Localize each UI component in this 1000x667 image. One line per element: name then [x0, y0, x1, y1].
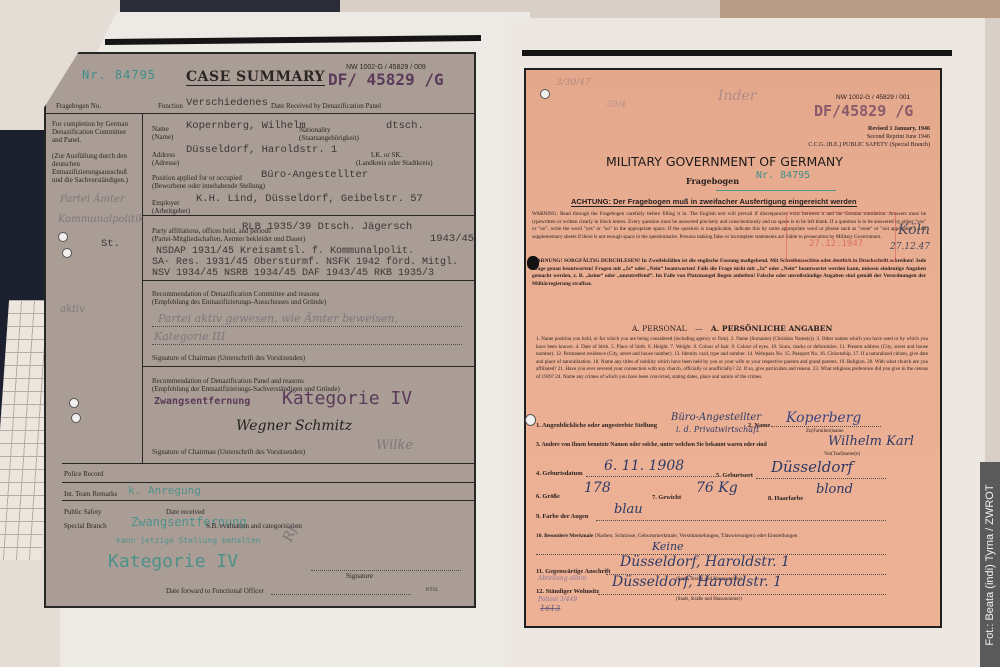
field-12-margin-note: Polizei 3/449 [538, 596, 577, 603]
field-2-label: 2. Name [748, 422, 770, 429]
margin-handwriting: aktiv [60, 304, 85, 315]
reprint-date: Second Reprint June 1946 [867, 134, 930, 140]
position-label-de: (Beworbene oder innehabende Stellung) [152, 182, 265, 190]
address-label: Address [152, 151, 175, 159]
field-9-label: 9. Farbe der Augen [536, 513, 588, 520]
sidebar-note-english: For completion by German Denazification … [52, 120, 137, 144]
nr-stamp: Nr. 84795 [756, 170, 810, 181]
field-10-label: 10. Besondere Merkmale (Narben, Schmisse… [536, 533, 797, 539]
panel-category-stamp: Kategorie IV [282, 388, 412, 409]
background-folder-right [720, 0, 1000, 18]
warning-german: WARNUNG! SORGFÄLTIG DURCHLESEN! In Zweif… [532, 258, 926, 288]
signature-chairman-label-2: Signature of Chairman (Unterschrift des … [152, 448, 305, 456]
committee-recommendation-label: Recommendation of Denazification Committ… [152, 290, 319, 298]
position-label: Position applied for or occupied [152, 174, 242, 182]
st-mark: St. [101, 238, 120, 250]
signature-chairman-label: Signature of Chairman (Unterschrift des … [152, 354, 305, 362]
position-value: Büro-Angestellter [261, 169, 368, 181]
date-received-label: Date Received by Denazification Panel [271, 102, 381, 110]
name-value: Kopernberg, Wilhelm [186, 120, 306, 132]
field-1-value-2: i. d. Privatwirtschaft [676, 425, 759, 434]
section-title: A. PERSONAL — A. PERSÖNLICHE ANGABEN [632, 324, 832, 333]
section-title-en: A. PERSONAL [632, 324, 687, 333]
function-value: Verschiedenes [186, 97, 268, 109]
panel-recommendation-value: Zwangsentfernung [154, 396, 250, 407]
field-11-margin-note: Abteilung allein [538, 575, 586, 582]
signature-label: Signature [346, 572, 373, 580]
punch-hole [540, 89, 550, 99]
document-subtitle: Fragebogen [686, 176, 739, 186]
field-12-margin-note-2: 1613 [540, 604, 560, 613]
employer-label: Employer [152, 199, 180, 207]
handwritten-note-top: Inder [718, 88, 757, 104]
field-7-label: 7. Gewicht [652, 494, 681, 501]
committee-recommendation-handwriting-2: Kategorie III [154, 330, 225, 343]
lk-sk-label: LK. or SK. [371, 151, 402, 159]
field-8-label: 8. Haarfarbe [768, 495, 803, 502]
case-summary-document: Nr. 84795 CASE SUMMARY NW 1002-G / 45829… [44, 52, 476, 608]
margin-handwriting: Kommunalpolitik [58, 214, 144, 225]
field-5-label: 5. Geburtsort [716, 472, 753, 479]
field-12-value: Düsseldorf, Haroldstr. 1 [612, 574, 782, 590]
panel-recommendation-label: Recommendation of Denazification Panel a… [152, 377, 304, 385]
section-dash: — [695, 324, 703, 333]
received-stamp-date: 27.12.1947 [809, 239, 863, 249]
lk-sk-label-de: (Landkreis oder Stadtkreis) [356, 159, 433, 167]
nr-stamp: Nr. 84795 [82, 68, 156, 82]
nationality-value: dtsch. [386, 120, 424, 132]
public-safety-label: Public Safety [64, 508, 102, 516]
instructions-paragraph: 1. Name position you hold, or for which … [536, 336, 928, 382]
punch-hole [69, 398, 79, 408]
field-4-value: 6. 11. 1908 [604, 458, 684, 474]
address-value: Düsseldorf, Haroldstr. 1 [186, 144, 337, 156]
field-6-label: 6. Größe [536, 493, 560, 500]
margin-handwriting: Partei Ämter [60, 194, 125, 205]
field-10-label-text: 10. Besondere Merkmale [536, 533, 593, 539]
field-12-caption: (Stadt, Straße und Hausnummer) [676, 597, 742, 602]
field-11-label: 11. Gegenwärtige Anschrift [536, 568, 610, 575]
punch-hole [58, 232, 68, 242]
category-stamp: Kategorie IV [108, 551, 238, 572]
punch-hole [525, 414, 536, 426]
received-stamp-box [786, 212, 896, 262]
field-3-caption: Vor(Tauf)name(n) [824, 452, 860, 457]
section-title-de: A. PERSÖNLICHE ANGABEN [711, 324, 832, 333]
punch-hole [71, 413, 81, 423]
field-7-value: 76 Kg [696, 480, 738, 496]
fragebogen-no-label: Fragebogen No. [56, 102, 101, 110]
photo-credit: Fot.: Beata (indi) Tyrna / ZWROT [984, 484, 996, 645]
nationality-label: Nationality [299, 126, 331, 134]
position-stamp: kann jetzige Stellung behalten [116, 536, 261, 545]
pencil-note-2: 39/4 [606, 100, 626, 110]
party-line: NSV 1934/45 NSRB 1934/45 DAF 1943/45 RKB… [152, 268, 434, 279]
police-record-label: Police Record [64, 470, 103, 478]
df-stamp: DF/45829 /G [814, 102, 913, 120]
field-4-label: 4. Geburtsdatum [536, 470, 583, 477]
punch-hole-dark [527, 256, 539, 270]
party-line: NSDAP 1931/45 Kreisamtsl. f. Kommunalpol… [156, 246, 414, 257]
committee-recommendation-handwriting: Partei aktiv gewesen, wie Ämter beweisen… [158, 312, 398, 325]
field-1-label: 1. Augenblickliche oder angestrebte Stel… [536, 422, 657, 429]
nationality-label-de: (Staatsangehörigkeit) [299, 134, 359, 142]
address-label-de: (Adresse) [152, 159, 179, 167]
df-stamp: DF/ 45829 /G [328, 70, 444, 89]
name-label-de: (Name) [152, 133, 173, 141]
punch-hole [62, 248, 72, 258]
field-8-value: blond [816, 482, 853, 497]
function-label: Function [158, 102, 183, 110]
name-label: Name [152, 125, 169, 133]
achtung-heading: ACHTUNG: Der Fragebogen muß in zweifache… [571, 197, 857, 207]
photo-credit-bar: Fot.: Beata (indi) Tyrna / ZWROT [980, 462, 1000, 667]
field-2-value: Koperberg [786, 410, 861, 426]
case-summary-title: CASE SUMMARY [186, 69, 325, 86]
party-line: 1943/45 [430, 233, 474, 245]
field-10-hint: (Narben, Schmisse, Geburtsmerkmale, Vers… [595, 533, 798, 539]
special-branch-label: Special Branch [64, 522, 107, 530]
sidebar-note-german: (Zur Ausfüllung durch den deutschen Entn… [52, 152, 137, 184]
field-6-value: 178 [584, 480, 611, 496]
employer-value: K.H. Lind, Düsseldorf, Geibelstr. 57 [196, 193, 423, 205]
margin-date: 27.12.47 [890, 242, 930, 252]
ccg-header: C.C.G. (B.E.) PUBLIC SAFETY (Special Bra… [808, 142, 930, 148]
field-10-value: Keine [652, 540, 684, 553]
date-forward-label: Date forward to Functional Officer [166, 587, 264, 595]
party-line: SA- Res. 1931/45 Obersturmf. NSFK 1942 f… [152, 257, 458, 268]
employer-label-de: (Arbeitgeber) [152, 207, 190, 215]
field-3-value: Wilhelm Karl [828, 434, 914, 449]
margin-city: Köln [898, 222, 930, 238]
field-12-label: 12. Ständiger Wohnsitz [536, 588, 599, 595]
int-team-remarks-label: Int. Team Remarks [64, 490, 117, 498]
committee-recommendation-label-de: (Empfehlung des Entnazifizierungs-Aussch… [152, 298, 326, 306]
field-3-label: 3. Andere von Ihnen benutzte Namen oder … [536, 442, 767, 448]
field-11-value: Düsseldorf, Haroldstr. 1 [620, 554, 790, 570]
document-title: MILITARY GOVERNMENT OF GERMANY [606, 154, 843, 169]
pencil-note: 3/30/47 [556, 78, 591, 88]
panel-signature: Wegner Schmitz [236, 418, 352, 434]
fragebogen-document: 3/30/47 39/4 Inder NW 1002-G / 45829 / 0… [524, 68, 942, 628]
field-5-value: Düsseldorf [771, 458, 853, 476]
party-line: RLB 1935/39 Dtsch. Jägersch [242, 221, 412, 233]
field-9-value: blau [614, 502, 643, 517]
party-affiliations-label-de: (Partei-Mitgliedschaften, Aemter bekleid… [152, 235, 305, 243]
nr-underline [716, 190, 836, 191]
panel-signature-2: Wilke [376, 438, 413, 453]
pto-mark: P.T.O. [426, 588, 438, 593]
int-team-stamp: k. Anregung [128, 484, 201, 497]
copy-edge-stripe-right [522, 50, 952, 56]
revised-date: Revised 1 January, 1946 [868, 126, 930, 132]
file-reference: NW 1002-G / 45829 / 001 [836, 94, 910, 101]
